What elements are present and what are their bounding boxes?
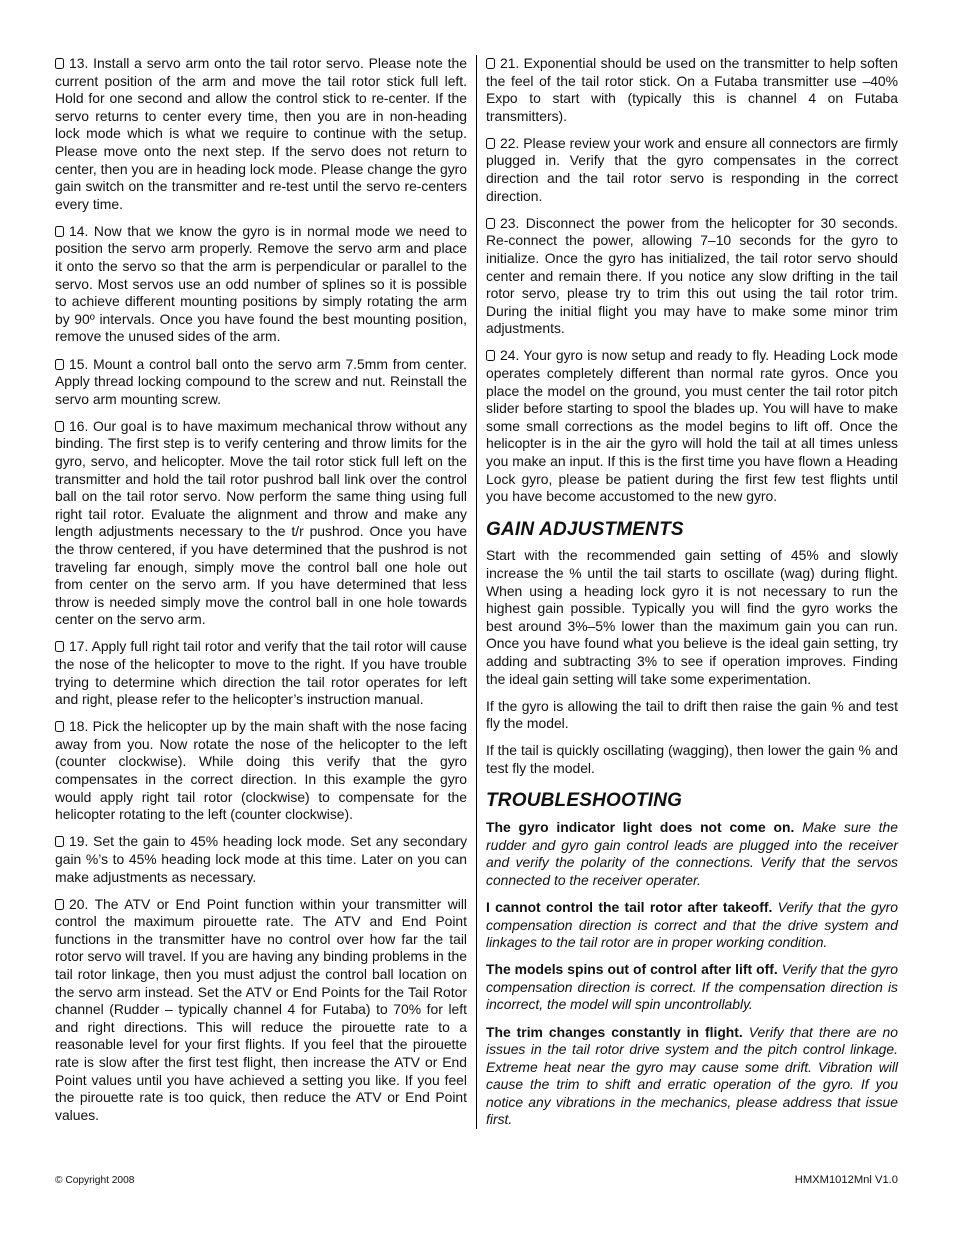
checklist-item-22: 22. Please review your work and ensure a… (486, 135, 898, 205)
page-footer: © Copyright 2008 HMXM1012Mnl V1.0 (55, 1174, 898, 1186)
item-text: Disconnect the power from the helicopter… (486, 215, 898, 337)
problem-label: I cannot control the tail rotor after ta… (486, 899, 772, 915)
checklist-item-19: 19. Set the gain to 45% heading lock mod… (55, 833, 467, 886)
checklist-item-18: 18. Pick the helicopter up by the main s… (55, 718, 467, 824)
item-number: 16. (69, 418, 88, 434)
checkbox-icon (486, 58, 495, 69)
checkbox-icon (55, 359, 64, 370)
checkbox-icon (55, 836, 64, 847)
checkbox-icon (55, 421, 64, 432)
item-text: Mount a control ball onto the servo arm … (55, 356, 467, 407)
troubleshooting-entry: I cannot control the tail rotor after ta… (486, 899, 898, 952)
item-number: 17. (69, 638, 88, 654)
problem-label: The gyro indicator light does not come o… (486, 819, 794, 835)
two-column-layout: 13. Install a servo arm onto the tail ro… (55, 55, 898, 1129)
footer-doc-version: HMXM1012Mnl V1.0 (795, 1174, 898, 1186)
checklist-item-15: 15. Mount a control ball onto the servo … (55, 356, 467, 409)
footer-copyright: © Copyright 2008 (55, 1175, 134, 1186)
checklist-item-14: 14. Now that we know the gyro is in norm… (55, 223, 467, 346)
item-text: Pick the helicopter up by the main shaft… (55, 718, 467, 822)
item-text: Set the gain to 45% heading lock mode. S… (55, 833, 467, 884)
checklist-item-23: 23. Disconnect the power from the helico… (486, 215, 898, 338)
item-number: 22. (500, 135, 519, 151)
checklist-item-17: 17. Apply full right tail rotor and veri… (55, 638, 467, 708)
item-number: 15. (69, 356, 88, 372)
item-text: Your gyro is now setup and ready to fly.… (486, 347, 898, 504)
checkbox-icon (486, 218, 495, 229)
checkbox-icon (55, 58, 64, 69)
item-text: The ATV or End Point function within you… (55, 896, 467, 1123)
item-text: Please review your work and ensure all c… (486, 135, 898, 204)
section-heading-troubleshooting: TROUBLESHOOTING (486, 792, 898, 810)
item-text: Install a servo arm onto the tail rotor … (55, 55, 467, 212)
problem-label: The trim changes constantly in flight. (486, 1024, 743, 1040)
item-text: Apply full right tail rotor and verify t… (55, 638, 467, 707)
checkbox-icon (486, 350, 495, 361)
manual-page: 13. Install a servo arm onto the tail ro… (0, 0, 954, 1235)
item-number: 18. (69, 718, 88, 734)
checkbox-icon (55, 899, 64, 910)
checkbox-icon (55, 641, 64, 652)
checkbox-icon (55, 226, 64, 237)
item-text: Exponential should be used on the transm… (486, 55, 898, 124)
column-divider (476, 55, 477, 1129)
troubleshooting-entry: The models spins out of control after li… (486, 961, 898, 1014)
left-column: 13. Install a servo arm onto the tail ro… (55, 55, 467, 1129)
item-text: Our goal is to have maximum mechanical t… (55, 418, 467, 628)
item-text: Now that we know the gyro is in normal m… (55, 223, 467, 345)
item-number: 14. (69, 223, 88, 239)
section-heading-gain-adjustments: GAIN ADJUSTMENTS (486, 521, 898, 539)
item-number: 23. (500, 215, 519, 231)
gain-paragraph: If the gyro is allowing the tail to drif… (486, 698, 898, 733)
checklist-item-21: 21. Exponential should be used on the tr… (486, 55, 898, 125)
gain-paragraph: If the tail is quickly oscillating (wagg… (486, 742, 898, 777)
checklist-item-24: 24. Your gyro is now setup and ready to … (486, 347, 898, 505)
gain-paragraph: Start with the recommended gain setting … (486, 547, 898, 688)
checklist-item-13: 13. Install a servo arm onto the tail ro… (55, 55, 467, 213)
checkbox-icon (55, 721, 64, 732)
checklist-item-16: 16. Our goal is to have maximum mechanic… (55, 418, 467, 629)
problem-label: The models spins out of control after li… (486, 961, 778, 977)
checkbox-icon (486, 138, 495, 149)
troubleshooting-entry: The gyro indicator light does not come o… (486, 819, 898, 889)
item-number: 19. (69, 833, 88, 849)
item-number: 20. (69, 896, 88, 912)
troubleshooting-entry: The trim changes constantly in flight. V… (486, 1024, 898, 1130)
item-number: 24. (500, 347, 519, 363)
item-number: 21. (500, 55, 519, 71)
item-number: 13. (69, 55, 88, 71)
checklist-item-20: 20. The ATV or End Point function within… (55, 896, 467, 1125)
right-column: 21. Exponential should be used on the tr… (486, 55, 898, 1129)
